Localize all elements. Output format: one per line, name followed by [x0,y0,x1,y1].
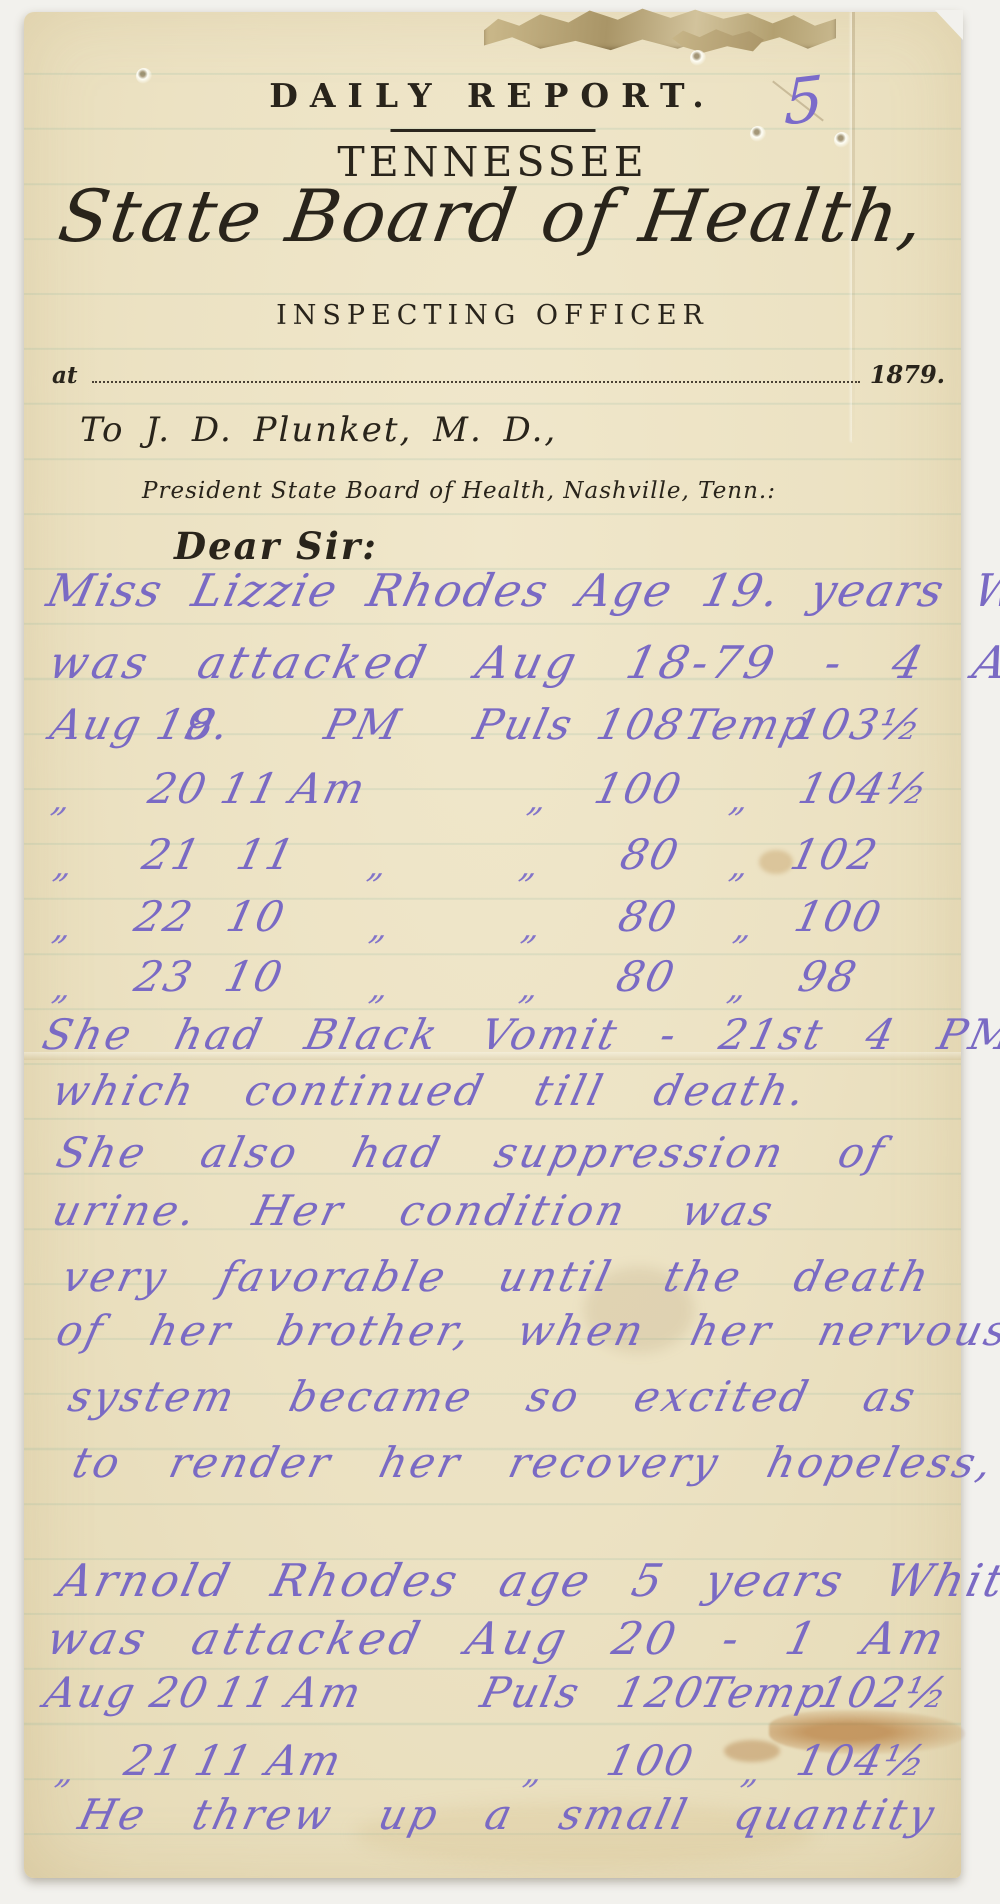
at-label: at [52,362,78,389]
case2-note-line: He threw up a small quantity [74,1790,942,1839]
case1-intro-line: Miss Lizzie Rhodes Age 19. years White [42,564,1000,617]
cell-meridiem: Am [262,1736,347,1785]
cell-date-ditto: „ [48,780,77,820]
cell-pulse: 80 [614,892,683,941]
cell-pulse-ditto: „ [524,780,553,820]
cell-temp: 104½ [792,1736,932,1785]
cell-hour: 11 [190,1736,259,1785]
cell-hour-ditto: „ [366,908,395,948]
vitals-row: „ 23 10 „ „ 80 „ 98 [24,952,961,1014]
cell-temp-ditto: „ [730,908,759,948]
cell-hour-ditto: „ [366,968,395,1008]
cell-meridiem: Am [282,1668,367,1717]
scanned-document: { "annotation": { "page_number": "5" }, … [0,0,1000,1904]
vitals-row: „ 21 11 Am „ 100 „ 104½ [24,1736,961,1798]
officer-subtitle: INSPECTING OFFICER [24,300,961,331]
case1-note-line: urine. Her condition was [48,1186,780,1235]
cell-day: 21 [138,830,207,879]
cell-temp: 100 [790,892,887,941]
cell-hour: 11 [232,830,301,879]
cell-pulse: 120 [612,1668,709,1717]
cell-date: Aug 20 [40,1668,214,1717]
dotted-leader [92,381,860,383]
cell-pulse-ditto: „ [518,908,547,948]
pinhole [690,50,706,66]
case1-note-line: which continued till death. [48,1066,813,1115]
case1-intro-line: was attacked Aug 18-79 - 4 Am [44,636,1000,689]
cell-day: 22 [130,892,199,941]
cell-date-ditto: „ [49,908,78,948]
cell-temp-ditto: „ [724,968,753,1008]
case1-note-line: She also had suppression of [52,1128,892,1177]
cell-temp-label: Temp [696,1668,832,1717]
cell-pulse-ditto: „ [516,968,545,1008]
case1-note-line: of her brother, when her nervous [52,1306,1000,1355]
cell-pulse: 100 [590,764,687,813]
page-number-annotation: 5 [784,61,824,140]
cell-pulse: 80 [612,952,681,1001]
cell-pulse-label: Puls [469,700,579,749]
cell-pulse: 80 [616,830,685,879]
case1-note-line: very favorable until the death [58,1252,936,1301]
case2-intro-line: was attacked Aug 20 - 1 Am [42,1612,953,1665]
title-rule [390,129,595,132]
cell-pulse-label: Puls [476,1668,586,1717]
cell-hour: 10 [220,952,289,1001]
cell-day: 21 [120,1736,189,1785]
cell-hour: 10 [222,892,291,941]
vitals-row: „ 21 11 „ „ 80 „ 102 [24,830,961,892]
cell-meridiem: Am [286,764,371,813]
cell-meridiem: PM [320,700,407,749]
cell-temp: 98 [794,952,863,1001]
addressee-title-line: President State Board of Health, Nashvil… [142,478,776,504]
cell-temp-ditto: „ [738,1752,767,1792]
organization-script-text: State Board of Health, [54,174,932,258]
cell-hour-ditto: „ [364,846,393,886]
cell-temp-ditto: „ [726,846,755,886]
cell-hour: 11 [212,1668,281,1717]
year-label: 1879. [870,360,945,389]
cell-date-ditto: „ [49,968,78,1008]
cell-day: 20 [144,764,213,813]
cell-day: 23 [130,952,199,1001]
case2-intro-line: Arnold Rhodes age 5 years White [54,1554,1000,1607]
organization-name: State Board of Health, [24,174,961,258]
cell-pulse: 108 [592,700,689,749]
case1-note-line: to render her recovery hopeless, [68,1438,1000,1487]
cell-date-ditto: „ [50,846,79,886]
vitals-row: „ 20 11 Am „ 100 „ 104½ [24,764,961,826]
cell-temp: 102 [786,830,883,879]
case1-note-line: She had Black Vomit - 21st 4 PM [38,1010,1000,1059]
report-page: DAILY REPORT. 5 TENNESSEE State Board of… [24,12,961,1878]
vitals-row: Aug 19. 8 PM Puls 108 Temp 103½ [24,700,961,762]
cell-hour: 11 [216,764,285,813]
salutation: Dear Sir: [174,524,378,568]
cell-temp: 102½ [814,1668,954,1717]
addressee-line: To J. D. Plunket, M. D., [80,410,557,450]
vitals-row: „ 22 10 „ „ 80 „ 100 [24,892,961,954]
cell-pulse-ditto: „ [516,846,545,886]
cell-pulse-ditto: „ [520,1752,549,1792]
case1-note-line: system became so excited as [64,1372,923,1421]
cell-date-ditto: „ [52,1752,81,1792]
cell-temp-ditto: „ [726,780,755,820]
cell-pulse: 100 [602,1736,699,1785]
vitals-row: Aug 20 11 Am Puls 120 Temp 102½ [24,1668,961,1730]
dateline: at 1879. [52,360,945,389]
cell-temp: 104½ [794,764,934,813]
cell-temp: 103½ [788,700,928,749]
